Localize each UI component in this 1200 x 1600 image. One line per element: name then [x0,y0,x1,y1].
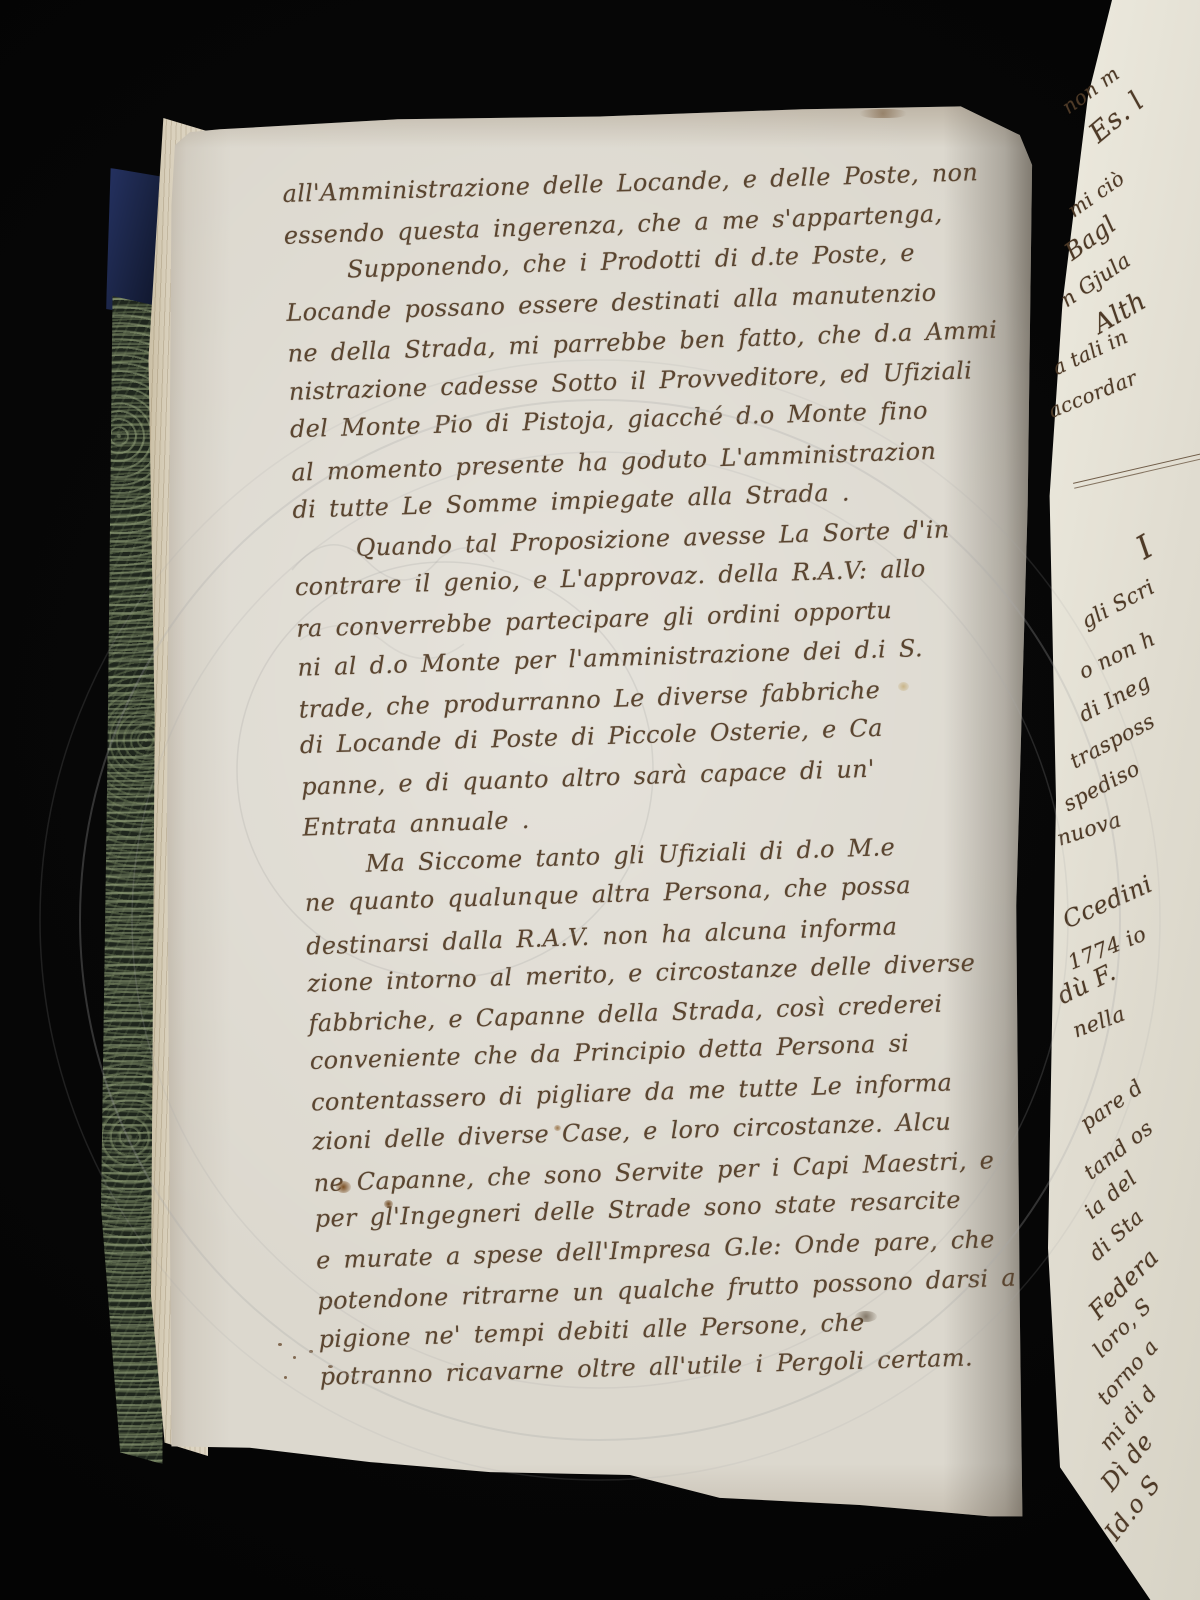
manuscript-text: all'Amministrazione delle Locande, e del… [282,153,1010,1399]
ink-speck [284,1376,287,1379]
facing-page-edge [1040,0,1200,1600]
ink-stain [898,682,909,691]
ink-speck [293,1356,296,1359]
ink-stain [336,1181,351,1193]
ink-speck [309,1350,313,1353]
ink-stain [554,1125,561,1131]
ink-stain [384,1200,393,1208]
ink-stain [855,1311,877,1322]
book-photo: all'Amministrazione delle Locande, e del… [0,0,1200,1600]
ink-speck [278,1343,282,1346]
manuscript-page: all'Amministrazione delle Locande, e del… [160,105,1040,1535]
ink-speck [328,1365,333,1368]
ink-stain [860,109,906,118]
